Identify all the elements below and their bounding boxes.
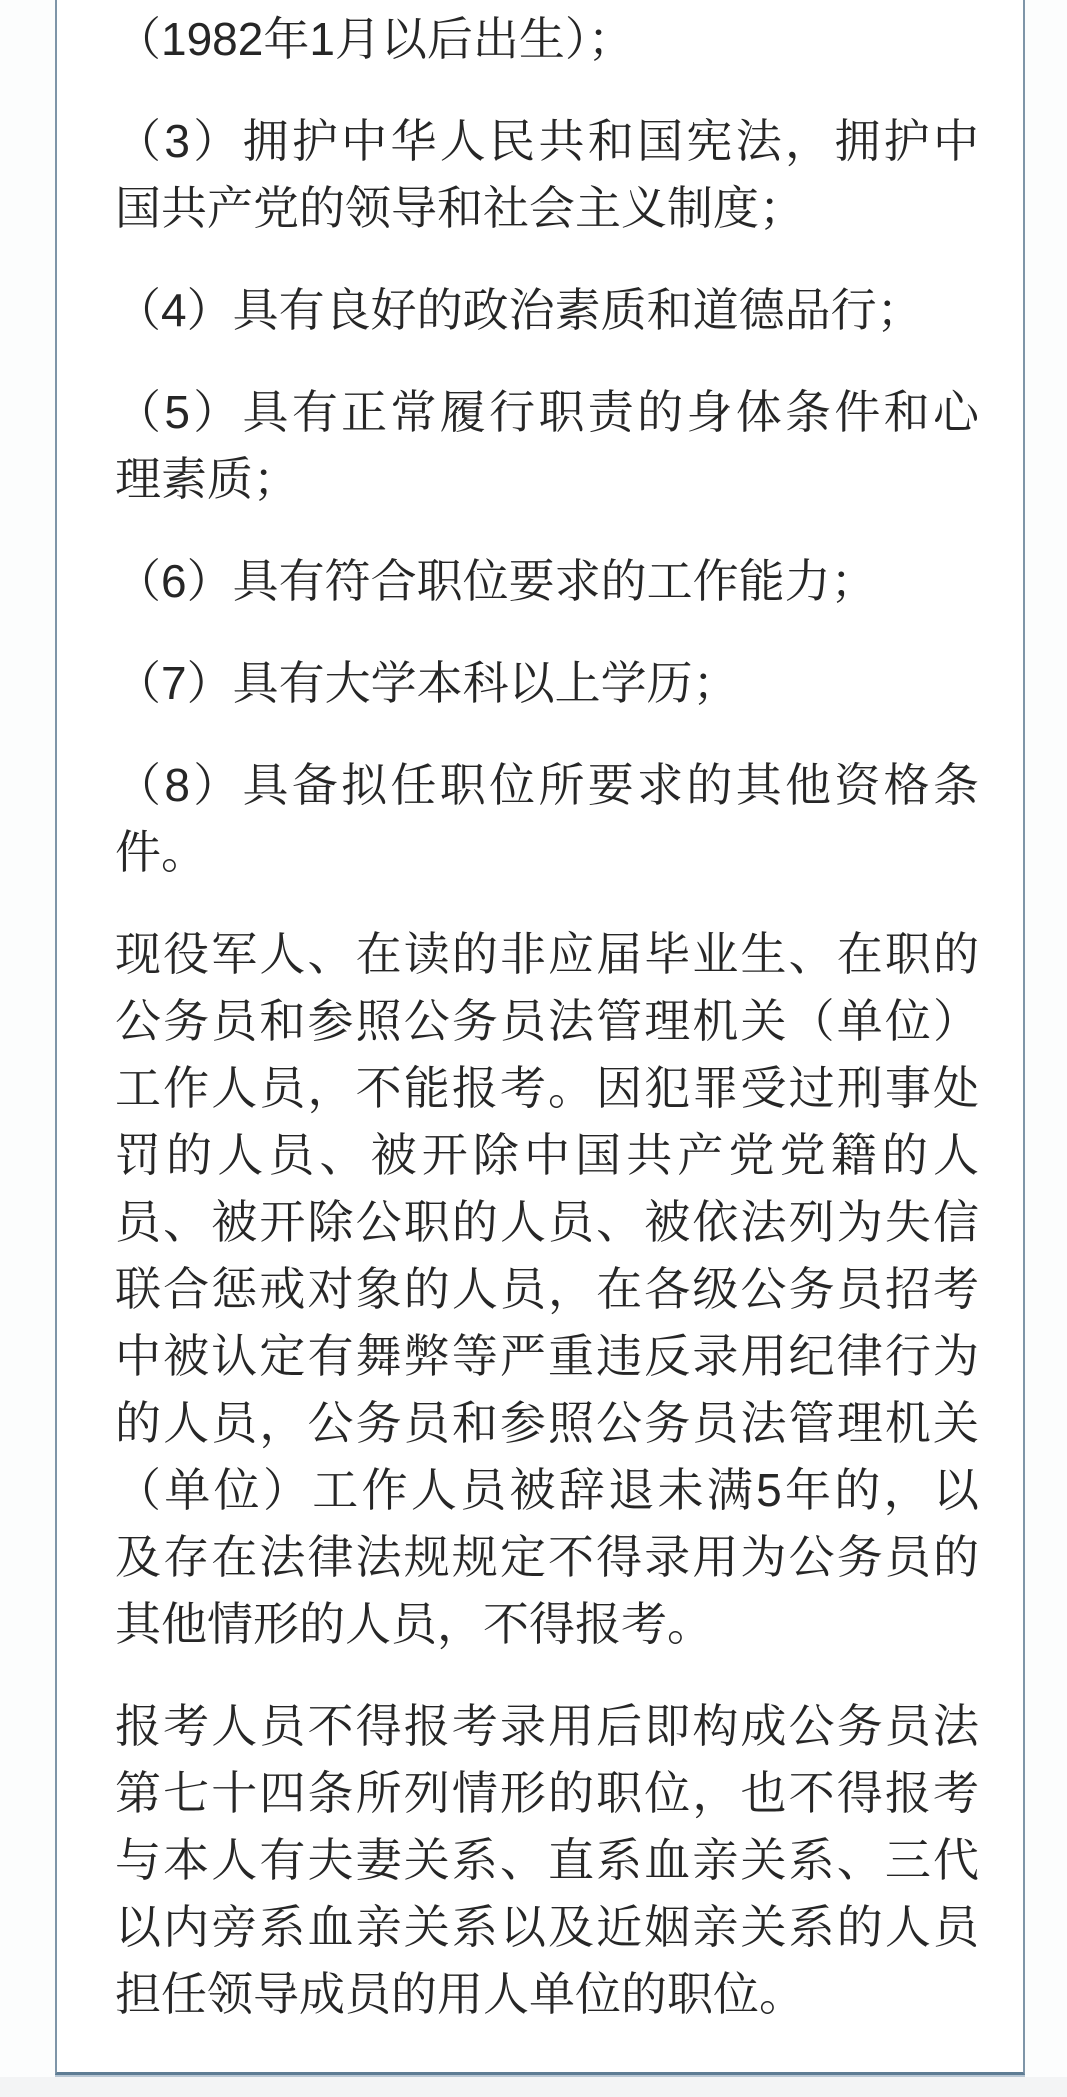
text-line: 工作人员，不能报考。因犯罪受过刑事处 xyxy=(115,1055,979,1122)
text-line: （5）具有正常履行职责的身体条件和心 xyxy=(115,379,979,446)
text-line: 理素质； xyxy=(115,446,979,513)
paragraph: 报考人员不得报考录用后即构成公务员法第七十四条所列情形的职位，也不得报考与本人有… xyxy=(115,1693,979,2028)
text-line: （3）拥护中华人民共和国宪法，拥护中 xyxy=(115,108,979,175)
text-line: 及存在法律法规规定不得录用为公务员的 xyxy=(115,1524,979,1591)
text-line: （8）具备拟任职位所要求的其他资格条 xyxy=(115,752,979,819)
text-line: 员、被开除公职的人员、被依法列为失信 xyxy=(115,1189,979,1256)
paragraph: （4）具有良好的政治素质和道德品行； xyxy=(115,277,979,344)
text-line: 罚的人员、被开除中国共产党党籍的人 xyxy=(115,1122,979,1189)
paragraph: （7）具有大学本科以上学历； xyxy=(115,650,979,717)
paragraph: （1982年1月以后出生）； xyxy=(115,6,979,73)
text-line: 其他情形的人员，不得报考。 xyxy=(115,1591,979,1658)
page-bottom-strip xyxy=(0,2077,1067,2097)
left-page-gutter xyxy=(0,0,55,2077)
text-line: （1982年1月以后出生）； xyxy=(115,6,979,73)
text-line: （4）具有良好的政治素质和道德品行； xyxy=(115,277,979,344)
right-page-gutter xyxy=(1025,0,1067,2077)
paragraph: （3）拥护中华人民共和国宪法，拥护中国共产党的领导和社会主义制度； xyxy=(115,108,979,242)
text-line: 第七十四条所列情形的职位，也不得报考 xyxy=(115,1760,979,1827)
text-line: 件。 xyxy=(115,819,979,886)
text-line: 担任领导成员的用人单位的职位。 xyxy=(115,1961,979,2028)
text-line: 的人员，公务员和参照公务员法管理机关 xyxy=(115,1390,979,1457)
text-line: 公务员和参照公务员法管理机关（单位） xyxy=(115,988,979,1055)
text-line: 与本人有夫妻关系、直系血亲关系、三代 xyxy=(115,1827,979,1894)
text-line: （7）具有大学本科以上学历； xyxy=(115,650,979,717)
paragraph: （6）具有符合职位要求的工作能力； xyxy=(115,548,979,615)
article-card: （1982年1月以后出生）；（3）拥护中华人民共和国宪法，拥护中国共产党的领导和… xyxy=(55,0,1025,2075)
paragraph: （5）具有正常履行职责的身体条件和心理素质； xyxy=(115,379,979,513)
article-body: （1982年1月以后出生）；（3）拥护中华人民共和国宪法，拥护中国共产党的领导和… xyxy=(57,0,1023,2072)
paragraph: （8）具备拟任职位所要求的其他资格条件。 xyxy=(115,752,979,886)
text-line: （单位）工作人员被辞退未满5年的，以 xyxy=(115,1457,979,1524)
text-line: 现役军人、在读的非应届毕业生、在职的 xyxy=(115,921,979,988)
text-line: 报考人员不得报考录用后即构成公务员法 xyxy=(115,1693,979,1760)
text-line: 联合惩戒对象的人员，在各级公务员招考 xyxy=(115,1256,979,1323)
text-line: 中被认定有舞弊等严重违反录用纪律行为 xyxy=(115,1323,979,1390)
text-line: （6）具有符合职位要求的工作能力； xyxy=(115,548,979,615)
text-line: 以内旁系血亲关系以及近姻亲关系的人员 xyxy=(115,1894,979,1961)
text-line: 国共产党的领导和社会主义制度； xyxy=(115,175,979,242)
paragraph: 现役军人、在读的非应届毕业生、在职的公务员和参照公务员法管理机关（单位）工作人员… xyxy=(115,921,979,1658)
